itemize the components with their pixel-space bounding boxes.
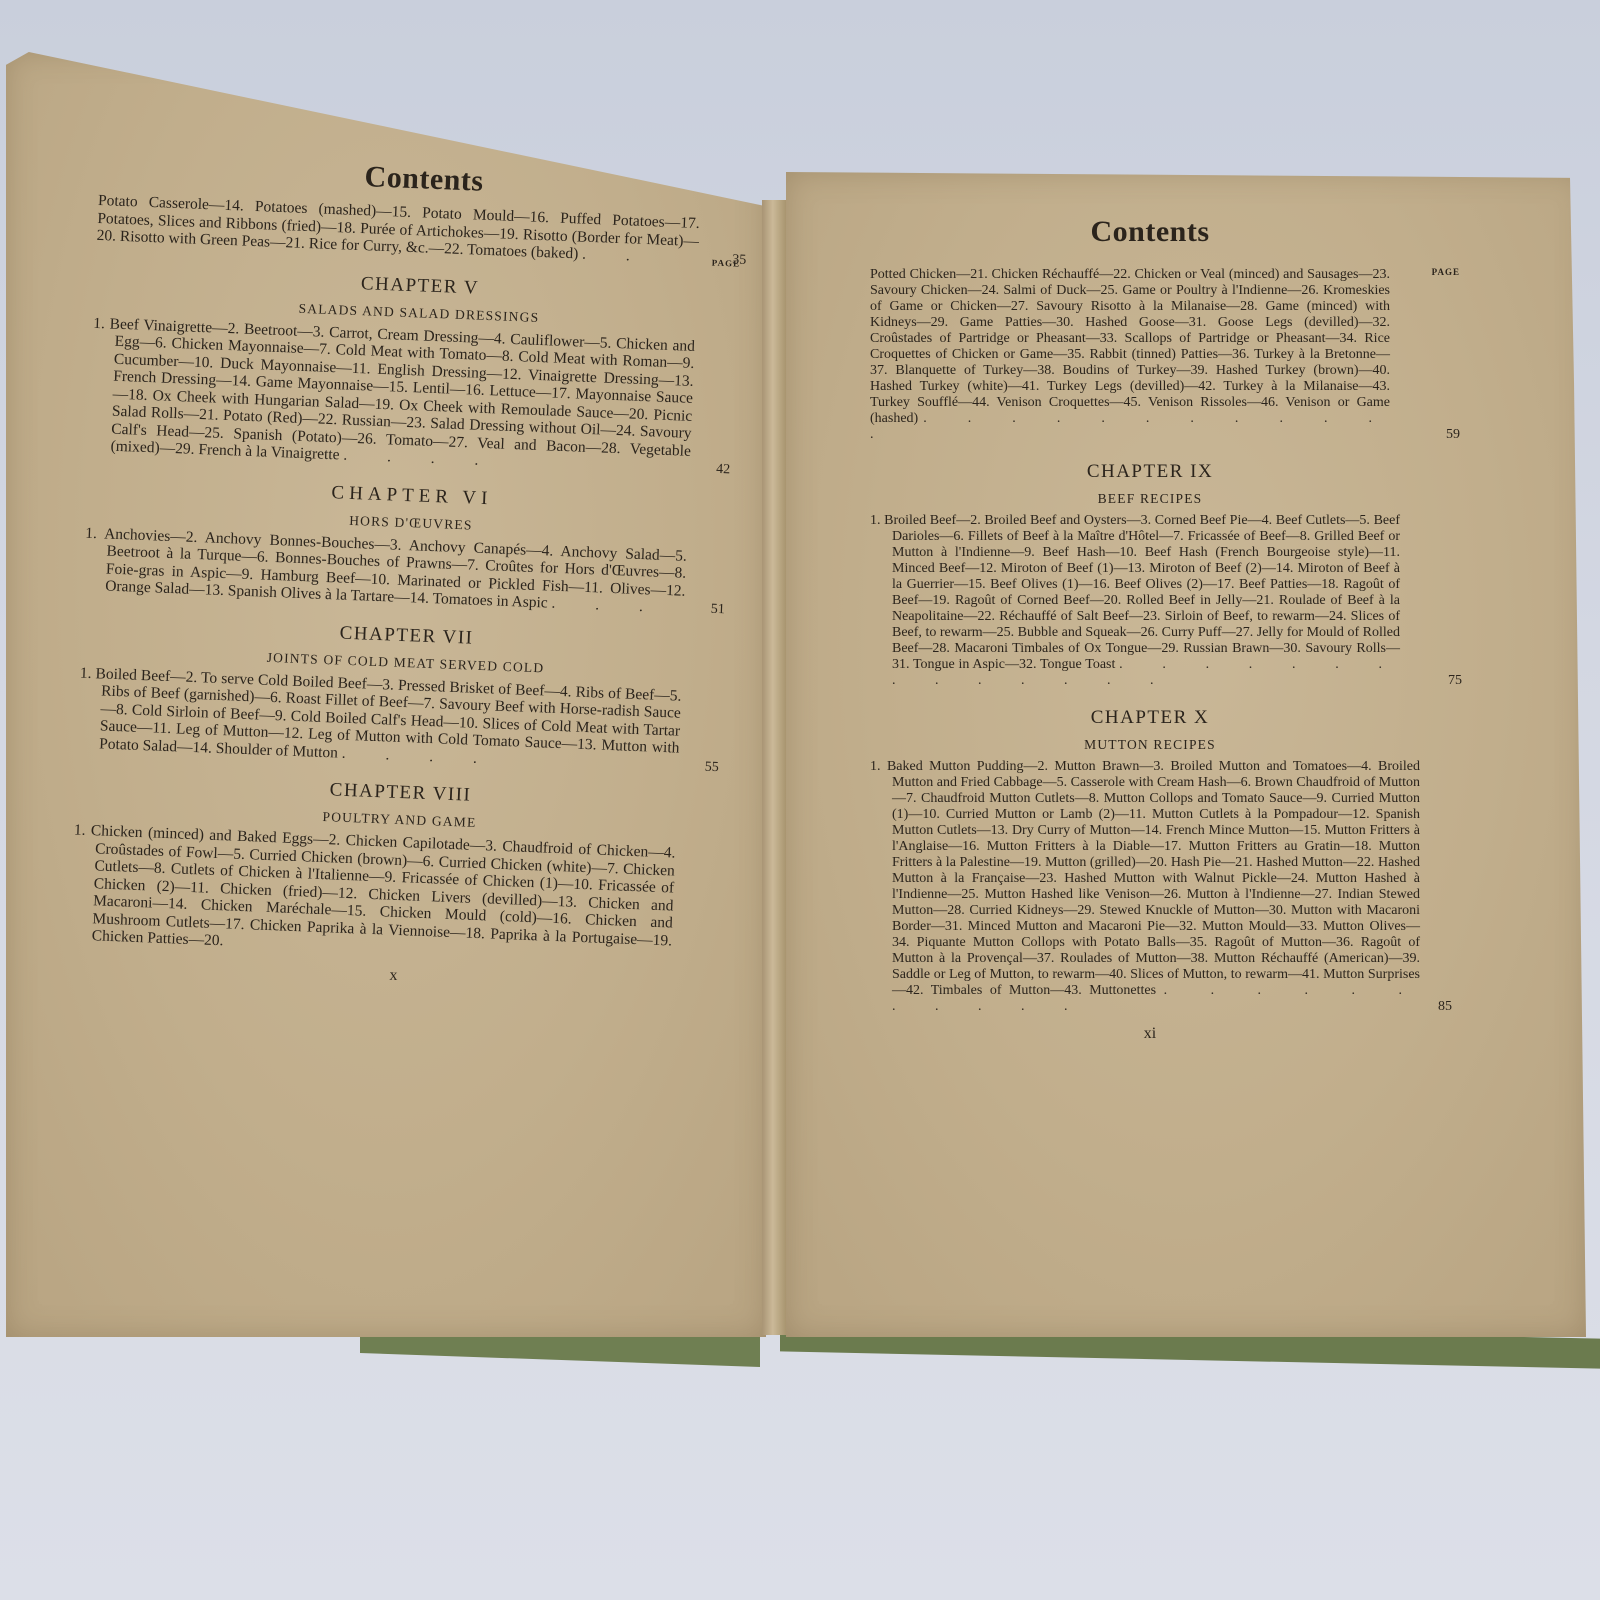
page-column-label: PAGE (1432, 267, 1460, 277)
left-page-content: Contents PAGE Potato Casserole—14. Potat… (68, 150, 749, 997)
toc-entries: 1. Broiled Beef—2. Broiled Beef and Oyst… (870, 513, 1400, 672)
toc-entries: Potted Chicken—21. Chicken Réchauffé—22.… (870, 267, 1390, 426)
page-number: 59 (1446, 427, 1460, 443)
toc-entries: 1. Beef Vinaigrette—2. Beetroot—3. Carro… (93, 314, 695, 463)
toc-entries: 1. Chicken (minced) and Baked Eggs—2. Ch… (74, 822, 676, 950)
chapter-entries: 1. Boiled Beef—2. To serve Cold Boiled B… (77, 664, 730, 776)
chapter-entries: 1. Baked Mutton Pudding—2. Mutton Brawn—… (870, 759, 1430, 1015)
toc-chapter: CHAPTER V SALADS AND SALAD DRESSINGS 1. … (88, 262, 745, 479)
chapter-subtitle: BEEF RECIPES (870, 491, 1430, 507)
toc-chapter: CHAPTER VIII POULTRY AND GAME 1. Chicken… (70, 770, 726, 969)
dot-leader: . . (582, 246, 648, 266)
toc-chapter: CHAPTER X MUTTON RECIPES 1. Baked Mutton… (870, 707, 1430, 1015)
dot-leader: . . . . . . . . . . . . (870, 411, 1390, 442)
toc-chapter: CHAPTER IX BEEF RECIPES 1. Broiled Beef—… (870, 461, 1430, 689)
page-title: Contents (870, 215, 1430, 249)
chapter-entries: 1. Broiled Beef—2. Broiled Beef and Oyst… (870, 513, 1430, 689)
toc-chapter: CHAPTER VII JOINTS OF COLD MEAT SERVED C… (77, 612, 732, 776)
chapter-entries: 1. Beef Vinaigrette—2. Beetroot—3. Carro… (88, 314, 743, 479)
toc-continuation: Potted Chicken—21. Chicken Réchauffé—22.… (870, 267, 1430, 443)
book-gutter (762, 200, 786, 1335)
right-page-content: Contents PAGE Potted Chicken—21. Chicken… (870, 215, 1430, 1043)
chapter-subtitle: MUTTON RECIPES (870, 737, 1430, 753)
dot-leader: . . . (551, 595, 661, 616)
chapter-heading: CHAPTER IX (870, 461, 1430, 483)
chapter-entries: 1. Chicken (minced) and Baked Eggs—2. Ch… (70, 822, 724, 969)
toc-entries: 1. Baked Mutton Pudding—2. Mutton Brawn—… (870, 759, 1420, 998)
page-number: 35 (732, 251, 747, 269)
chapter-heading: CHAPTER X (870, 707, 1430, 729)
page-folio: xi (870, 1025, 1430, 1043)
toc-chapter: CHAPTER VI HORS D'ŒUVRES 1. Anchovies—2.… (83, 472, 737, 619)
